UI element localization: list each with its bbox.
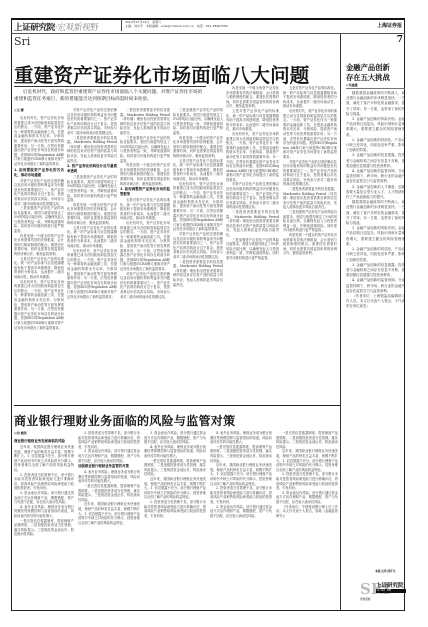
second-paragraph: 2. 投资者适当性管理不足。部分银行未能对投资者风险承受能力进行准确评估，将高风… (144, 500, 206, 518)
second-paragraph: 一是完善信息披露制度，提高理财产品透明度。二是加强投资者适当性管理，落实风险提示… (14, 519, 74, 537)
sri-label: Sri (14, 35, 30, 48)
second-paragraph: 近年来，我国商业银行理财业务快速发展，理财产品的种类日益丰富，规模不断扩大。1.… (210, 463, 272, 486)
sidebar-paragraph: 5. 金融产品创新的人才储备。创新需要大量复合型专业人才，人才短缺制约了产品创新… (346, 185, 405, 201)
lead-paragraph: 对资产证券化产品的过度依赖以及信用评级机构的利益冲突问题是危机的重要原因之一。资… (283, 160, 337, 188)
second-subhead: 加强商业银行理财业务监管的对策 (78, 464, 140, 469)
lead-paragraph: 五是对资产证券化产品的标准化。统一的产品标准与信息披露模板有助于提高市场透明度，… (67, 226, 117, 249)
second-paragraph: 4. 表外业务风险。理财业务成为银行规避信贷规模控制与监管指标的渠道，风险向表内… (78, 470, 140, 484)
lead-subhead: 3. 如何调整资产证券化市场的监管框架 (120, 187, 170, 197)
sidebar-paragraph: 随着我国金融改革的不断深入，商业银行金融创新的步伐明显加快。一方面，满足了客户多… (346, 200, 405, 226)
lead-paragraph: 后危机时代，资产证券化市场的重建已成为各国政府和监管层关注的焦点。一方面，资产证… (14, 116, 64, 167)
second-author-note: （作者单位：中国建设银行博士后工作站。本文仅代表个人观点，原载《金融监管研究》） (276, 505, 338, 519)
lead-paragraph: 五是对资产证券化产品的标准化。统一的产品标准与信息披露模板有助于提高市场透明度，… (226, 109, 279, 132)
second-paragraph: 2. 投资者适当性管理不足。部分银行未能对投资者风险承受能力进行准确评估，将高风… (210, 486, 272, 504)
second-paragraph: 一是完善信息披露制度，提高理财产品透明度。二是加强投资者适当性管理，落实风险提示… (276, 431, 338, 449)
second-paragraph: 3. 资金池运作风险。部分银行通过资金池方式运作理财产品，期限错配、资产与负债不… (78, 449, 140, 463)
sidebar-paragraph: 2. 金融产品创新的同质化。产品设计缺乏差异化，同质化竞争严重，影响了创新的效果… (346, 247, 405, 263)
second-headline: 商业银行理财业务面临的风险与监管对策 (14, 412, 235, 429)
lead-paragraph: 三是加强资产证券化产品的风险自留要求。美国与欧盟均规定了5%的风险自留比例，以确… (173, 108, 223, 136)
brand-name: 上证研究院 (14, 23, 55, 33)
lead-paragraph: 四是发展一个健全的资产证券化市场需要有效的法律框架、会计准则与税收制度的配合。重… (173, 136, 223, 159)
second-paragraph: 4. 表外业务风险。理财业务成为银行规避信贷规模控制与监管指标的渠道，风险向表内… (210, 431, 272, 445)
lead-paragraph: 四是发展一个健全的资产证券化市场需要有效的法律框架、会计准则与税收制度的配合。重… (14, 234, 64, 257)
lead-paragraph: 三是加强资产证券化产品的风险自留要求。美国与欧盟均规定了5%的风险自留比例，以确… (14, 206, 64, 234)
sidebar-paragraph: 1. 金融产品创新的风险识别。金融产品结构日趋复杂，风险识别和计量难度增大，需要… (346, 226, 405, 247)
lead-deck: 后危机时代，政府和监管层重建资产证券化市场面临八个关键问题。对资产证券化市场的重… (14, 86, 206, 103)
second-paragraph: 一是完善信息披露制度，提高理财产品透明度。二是加强投资者适当性管理，落实风险提示… (210, 445, 272, 463)
lead-subhead: 1. 如何摆脱资产证券化的污名化，推动市场重建 (14, 168, 64, 178)
lead-subhead: 2. 资产证券化结构设计应尽量简单透明 (67, 164, 117, 174)
sidebar-paragraph: 随着我国金融改革的不断深入，商业银行金融创新的步伐明显加快。一方面，满足了客户多… (346, 91, 405, 117)
sidebar-paragraph: 3. 金融产品创新的信息披露。投资者与金融机构之间存在信息不对称，需要加强信息披… (346, 153, 405, 169)
sidebar-body: 随着我国金融改革的不断深入，商业银行金融创新的步伐明显加快。一方面，满足了客户多… (346, 91, 405, 563)
second-subhead: 商业银行理财业务发展面临的风险 (14, 439, 74, 444)
lead-paragraph: 对资产证券化产品的过度依赖以及信用评级机构的利益冲突问题是危机的重要原因之一。资… (67, 108, 117, 136)
sidebar-author-note: （作者单位：上海银监局编辑部工作人员。本文仅代表个人观点，不代表所在单位意见） (346, 294, 405, 310)
section-divider (14, 405, 340, 406)
lead-paragraph: 四是发展一个健全的资产证券化市场需要有效的法律框架、会计准则与税收制度的配合。重… (226, 86, 279, 109)
second-column-5: 一是完善信息披露制度，提高理财产品透明度。二是加强投资者适当性管理，落实风险提示… (276, 431, 338, 608)
sidebar-byline: ◎吴建雄 (346, 83, 405, 89)
editor-contact: 主编：刘中宇 本版编辑：sma@cnstock.com.cn 电话：021-38… (125, 24, 228, 28)
second-paragraph: 近年来，我国商业银行理财业务快速发展，理财产品的种类日益丰富，规模不断扩大。1.… (276, 449, 338, 472)
second-paragraph: 3. 资金池运作风险。部分银行通过资金池方式运作理财产品，期限错配、资产与负债不… (276, 491, 338, 505)
sri-logo: SRI 上证研究院 独立深刻 前瞻 策划组稿 (360, 580, 408, 602)
sri-logo-tagline: 独立深刻 前瞻 (376, 589, 406, 593)
lead-paragraph: 二是投资者需要更多的信息披露。Markowitz Holding Period（… (173, 260, 223, 288)
lead-paragraph: 二是投资者需要更多的信息披露。Markowitz Holding Period（… (120, 108, 170, 136)
lead-paragraph: 后危机时代，资产证券化市场的重建已成为各国政府和监管层关注的焦点。一方面，资产证… (67, 249, 117, 300)
second-column-4: 4. 表外业务风险。理财业务成为银行规避信贷规模控制与监管指标的渠道，风险向表内… (210, 431, 272, 608)
lead-column-3: 二是投资者需要更多的信息披露。Markowitz Holding Period（… (120, 108, 170, 403)
second-column-1: ◎刘 婕欣 商业银行理财业务发展面临的风险 近年来，我国商业银行理财业务快速发展… (14, 431, 74, 608)
lead-column-1: ◎王 娜 后危机时代，资产证券化市场的重建已成为各国政府和监管层关注的焦点。一方… (14, 108, 64, 403)
lead-column-2: 对资产证券化产品的过度依赖以及信用评级机构的利益冲突问题是危机的重要原因之一。资… (67, 108, 117, 403)
sidebar-divider (340, 34, 341, 611)
section-brand: 上证研究院·宏观新视野 (14, 21, 98, 33)
lead-paragraph: 后危机时代，资产证券化市场的重建已成为各国政府和监管层关注的焦点。一方面，资产证… (120, 221, 170, 272)
lead-paragraph: 五是对资产证券化产品的标准化。统一的产品标准与信息披露模板有助于提高市场透明度，… (120, 198, 170, 221)
lead-paragraph: 后危机时代，资产证券化市场的重建已成为各国政府和监管层关注的焦点。一方面，资产证… (14, 280, 64, 331)
lead-paragraph: 三是加强资产证券化产品的风险自留要求。美国与欧盟均规定了5%的风险自留比例，以确… (120, 136, 170, 164)
lead-paragraph: 二是投资者需要更多的信息披露。Markowitz Holding Period（… (226, 210, 279, 238)
lead-paragraph: 二是投资者需要更多的信息披露。Markowitz Holding Period（… (67, 136, 117, 164)
sidebar-headline-line2: 存在五大挑战 (346, 73, 406, 83)
lead-byline: ◎王 娜 (14, 108, 64, 112)
second-paragraph: 一是完善信息披露制度，提高理财产品透明度。二是加强投资者适当性管理，落实风险提示… (78, 484, 140, 502)
lead-paragraph: 四是发展一个健全的资产证券化市场需要有效的法律框架、会计准则与税收制度的配合。重… (120, 163, 170, 186)
second-paragraph: 3. 资金池运作风险。部分银行通过资金池方式运作理财产品，期限错配、资产与负债不… (14, 491, 74, 505)
lead-paragraph: 五是对资产证券化产品的标准化。统一的产品标准与信息披露模板有助于提高市场透明度，… (14, 257, 64, 280)
second-paragraph: 近年来，我国商业银行理财业务快速发展，理财产品的种类日益丰富，规模不断扩大。1.… (78, 502, 140, 525)
lead-paragraph: 三是加强资产证券化产品的风险自留要求。美国与欧盟均规定了5%的风险自留比例，以确… (283, 210, 337, 233)
sidebar-paragraph: 4. 金融产品创新的监管协调。分业监管体制下，跨市场、跨行业的金融产品存在监管空… (346, 278, 405, 294)
lead-column-5: 四是发展一个健全的资产证券化市场需要有效的法律框架、会计准则与税收制度的配合。重… (226, 86, 279, 403)
sidebar-paragraph: 3. 金融产品创新的信息披露。投资者与金融机构之间存在信息不对称，需要加强信息披… (346, 263, 405, 279)
lead-paragraph: 对资产证券化产品的过度依赖以及信用评级机构的利益冲突问题是危机的重要原因之一。资… (14, 179, 64, 207)
masthead: 上证研究院·宏观新视野 2012年11月12日 星期六 主编：刘中宇 本版编辑：… (11, 18, 405, 34)
lead-paragraph: 后危机时代，资产证券化市场的重建已成为各国政府和监管层关注的焦点。一方面，资产证… (173, 182, 223, 233)
lead-paragraph: 二是投资者需要更多的信息披露。Markowitz Holding Period（… (283, 187, 337, 210)
lead-paragraph: 四是发展一个健全的资产证券化市场需要有效的法律框架、会计准则与税收制度的配合。重… (67, 203, 117, 226)
second-column-3: 3. 资金池运作风险。部分银行通过资金池方式运作理财产品，期限错配、资产与负债不… (144, 431, 206, 608)
sidebar-paragraph: 1. 金融产品创新的风险识别。金融产品结构日趋复杂，风险识别和计量难度增大，需要… (346, 117, 405, 138)
lead-paragraph: 后危机时代，资产证券化市场的重建已成为各国政府和监管层关注的焦点。一方面，资产证… (283, 109, 337, 160)
second-paragraph: 2. 投资者适当性管理不足。部分银行未能对投资者风险承受能力进行准确评估，将高风… (276, 472, 338, 490)
lead-headline: 重建资产证券化市场面临八大问题 (14, 60, 310, 88)
second-paragraph: 3. 资金池运作风险。部分银行通过资金池方式运作理财产品，期限错配、资产与负债不… (210, 505, 272, 519)
paper-name: 上海证券报 (377, 22, 402, 29)
lead-column-4: 三是加强资产证券化产品的风险自留要求。美国与欧盟均规定了5%的风险自留比例，以确… (173, 108, 223, 403)
sidebar-headline-line1: 金融产品创新 (346, 63, 406, 73)
page-editor-signoff: 本版主持/刘开生 (375, 569, 396, 573)
lead-paragraph: 五是对资产证券化产品的标准化。统一的产品标准与信息披露模板有助于提高市场透明度，… (283, 86, 337, 109)
second-paragraph: 2. 投资者适当性管理不足。部分银行未能对投资者风险承受能力进行准确评估，将高风… (14, 473, 74, 491)
second-paragraph: 4. 表外业务风险。理财业务成为银行规避信贷规模控制与监管指标的渠道，风险向表内… (14, 505, 74, 519)
second-paragraph: 2. 投资者适当性管理不足。部分银行未能对投资者风险承受能力进行准确评估，将高风… (78, 431, 140, 449)
sidebar-headline: 金融产品创新 存在五大挑战 (346, 63, 406, 83)
second-paragraph: 近年来，我国商业银行理财业务快速发展，理财产品的种类日益丰富，规模不断扩大。1.… (14, 445, 74, 473)
lead-paragraph: 四是发展一个健全的资产证券化市场需要有效的法律框架、会计准则与税收制度的配合。重… (283, 233, 337, 256)
sidebar-paragraph: 2. 金融产品创新的同质化。产品设计缺乏差异化，同质化竞争严重，影响了创新的效果… (346, 138, 405, 154)
second-paragraph: 一是完善信息披露制度，提高理财产品透明度。二是加强投资者适当性管理，落实风险提示… (144, 459, 206, 477)
lead-column-6: 五是对资产证券化产品的标准化。统一的产品标准与信息披露模板有助于提高市场透明度，… (283, 86, 337, 403)
page-number: 7 (397, 35, 403, 45)
lead-paragraph: 后危机时代，资产证券化市场的重建已成为各国政府和监管层关注的焦点。一方面，资产证… (226, 132, 279, 183)
second-paragraph: 3. 资金池运作风险。部分银行通过资金池方式运作理财产品，期限错配、资产与负债不… (144, 431, 206, 445)
second-column-2: 2. 投资者适当性管理不足。部分银行未能对投资者风险承受能力进行准确评估，将高风… (78, 431, 140, 608)
section-name: 宏观新视野 (57, 23, 98, 33)
sidebar-paragraph: 4. 金融产品创新的监管协调。分业监管体制下，跨市场、跨行业的金融产品存在监管空… (346, 169, 405, 185)
second-paragraph: 4. 表外业务风险。理财业务成为银行规避信贷规模控制与监管指标的渠道，风险向表内… (144, 445, 206, 459)
lead-paragraph: 对资产证券化产品的过度依赖以及信用评级机构的利益冲突问题是危机的重要原因之一。资… (120, 272, 170, 300)
second-paragraph: 近年来，我国商业银行理财业务快速发展，理财产品的种类日益丰富，规模不断扩大。1.… (144, 477, 206, 500)
lead-paragraph: 三是加强资产证券化产品的风险自留要求。美国与欧盟均规定了5%的风险自留比例，以确… (226, 238, 279, 261)
lead-paragraph: 五是对资产证券化产品的标准化。统一的产品标准与信息披露模板有助于提高市场透明度，… (173, 159, 223, 182)
sri-logo-name: 上证研究院 (376, 581, 404, 589)
lead-paragraph: 对资产证券化产品的过度依赖以及信用评级机构的利益冲突问题是危机的重要原因之一。资… (173, 232, 223, 260)
lead-paragraph: 三是加强资产证券化产品的风险自留要求。美国与欧盟均规定了5%的风险自留比例，以确… (67, 175, 117, 203)
second-byline: ◎刘 婕欣 (14, 431, 74, 435)
sri-logo-editor: 策划组稿 (360, 597, 370, 601)
lead-paragraph: 对资产证券化产品的过度依赖以及信用评级机构的利益冲突问题是危机的重要原因之一。资… (226, 182, 279, 210)
issue-meta: 2012年11月12日 星期六 主编：刘中宇 本版编辑：sma@cnstock.… (121, 20, 228, 31)
